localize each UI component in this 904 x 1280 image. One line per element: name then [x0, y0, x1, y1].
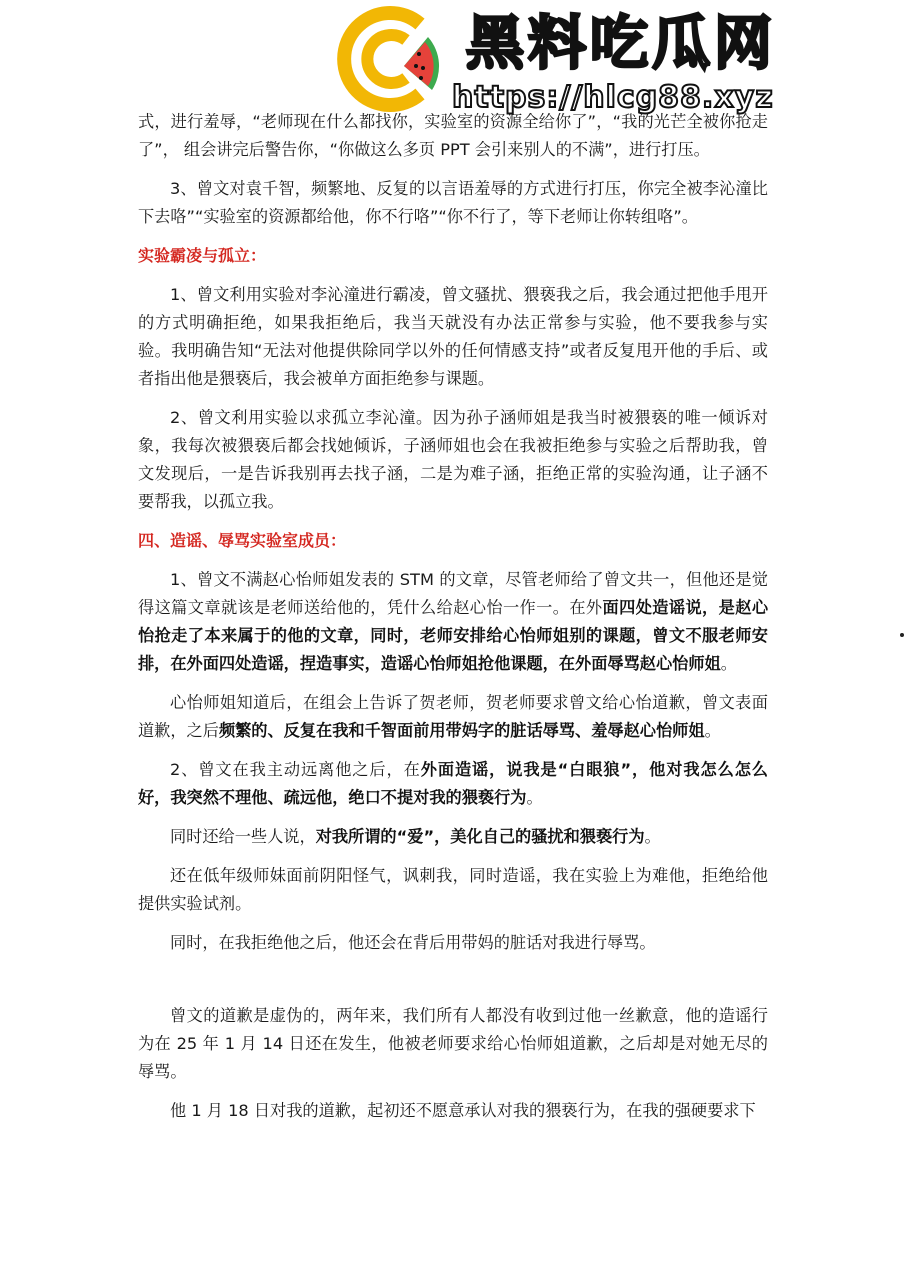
paragraph-8-end: 。	[645, 827, 661, 846]
paragraph-6-bold: 频繁的、反复在我和千智面前用带妈字的脏话辱骂、羞辱赵心怡师姐	[219, 721, 705, 740]
paragraph-9: 还在低年级师妹面前阴阳怪气，讽刺我，同时造谣，我在实验上为难他，拒绝给他提供实验…	[138, 862, 768, 918]
watermelon-logo-icon	[328, 4, 444, 114]
paragraph-10: 同时，在我拒绝他之后，他还会在背后用带妈的脏话对我进行辱骂。	[138, 929, 768, 957]
paragraph-8: 同时还给一些人说，对我所谓的“爱”，美化自己的骚扰和猥亵行为。	[138, 823, 768, 851]
paragraph-7-end: 。	[527, 788, 543, 807]
document-body: 式，进行羞辱，“老师现在什么都找你，实验室的资源全给你了”，“我的光芒全被你抢走…	[138, 108, 768, 1136]
paragraph-4: 2、曾文利用实验以求孤立李沁潼。因为孙子涵师姐是我当时被猥亵的唯一倾诉对象，我每…	[138, 404, 768, 516]
paragraph-8-text: 同时还给一些人说，	[170, 827, 316, 846]
watermark-logo: 黑料吃瓜网 https://hlcg88.xyz	[328, 4, 758, 116]
paragraph-7-text: 2、曾文在我主动远离他之后，在	[170, 760, 421, 779]
section-heading-bullying: 实验霸凌与孤立：	[138, 242, 768, 270]
section-heading-rumors: 四、造谣、辱骂实验室成员：	[138, 527, 768, 555]
paragraph-6-end: 。	[705, 721, 721, 740]
stray-dot-mark	[900, 633, 904, 637]
blank-gap	[138, 968, 768, 1002]
paragraph-12: 他 1 月 18 日对我的道歉，起初还不愿意承认对我的猥亵行为，在我的强硬要求下	[138, 1097, 768, 1125]
paragraph-11: 曾文的道歉是虚伪的，两年来，我们所有人都没有收到过他一丝歉意，他的造谣行为在 2…	[138, 1002, 768, 1086]
paragraph-8-bold: 对我所谓的“爱”，美化自己的骚扰和猥亵行为	[316, 827, 645, 846]
paragraph-5: 1、曾文不满赵心怡师姐发表的 STM 的文章，尽管老师给了曾文共一，但他还是觉得…	[138, 566, 768, 678]
paragraph-6: 心怡师姐知道后，在组会上告诉了贺老师，贺老师要求曾文给心怡道歉，曾文表面道歉，之…	[138, 689, 768, 745]
watermark-title: 黑料吃瓜网	[466, 10, 776, 76]
paragraph-7: 2、曾文在我主动远离他之后，在外面造谣，说我是“白眼狼”，他对我怎么怎么好，我突…	[138, 756, 768, 812]
paragraph-2: 3、曾文对袁千智，频繁地、反复的以言语羞辱的方式进行打压，你完全被李沁潼比下去咯…	[138, 175, 768, 231]
paragraph-5-end: 。	[721, 654, 737, 673]
paragraph-1: 式，进行羞辱，“老师现在什么都找你，实验室的资源全给你了”，“我的光芒全被你抢走…	[138, 108, 768, 164]
paragraph-3: 1、曾文利用实验对李沁潼进行霸凌，曾文骚扰、猥亵我之后，我会通过把他手甩开的方式…	[138, 281, 768, 393]
